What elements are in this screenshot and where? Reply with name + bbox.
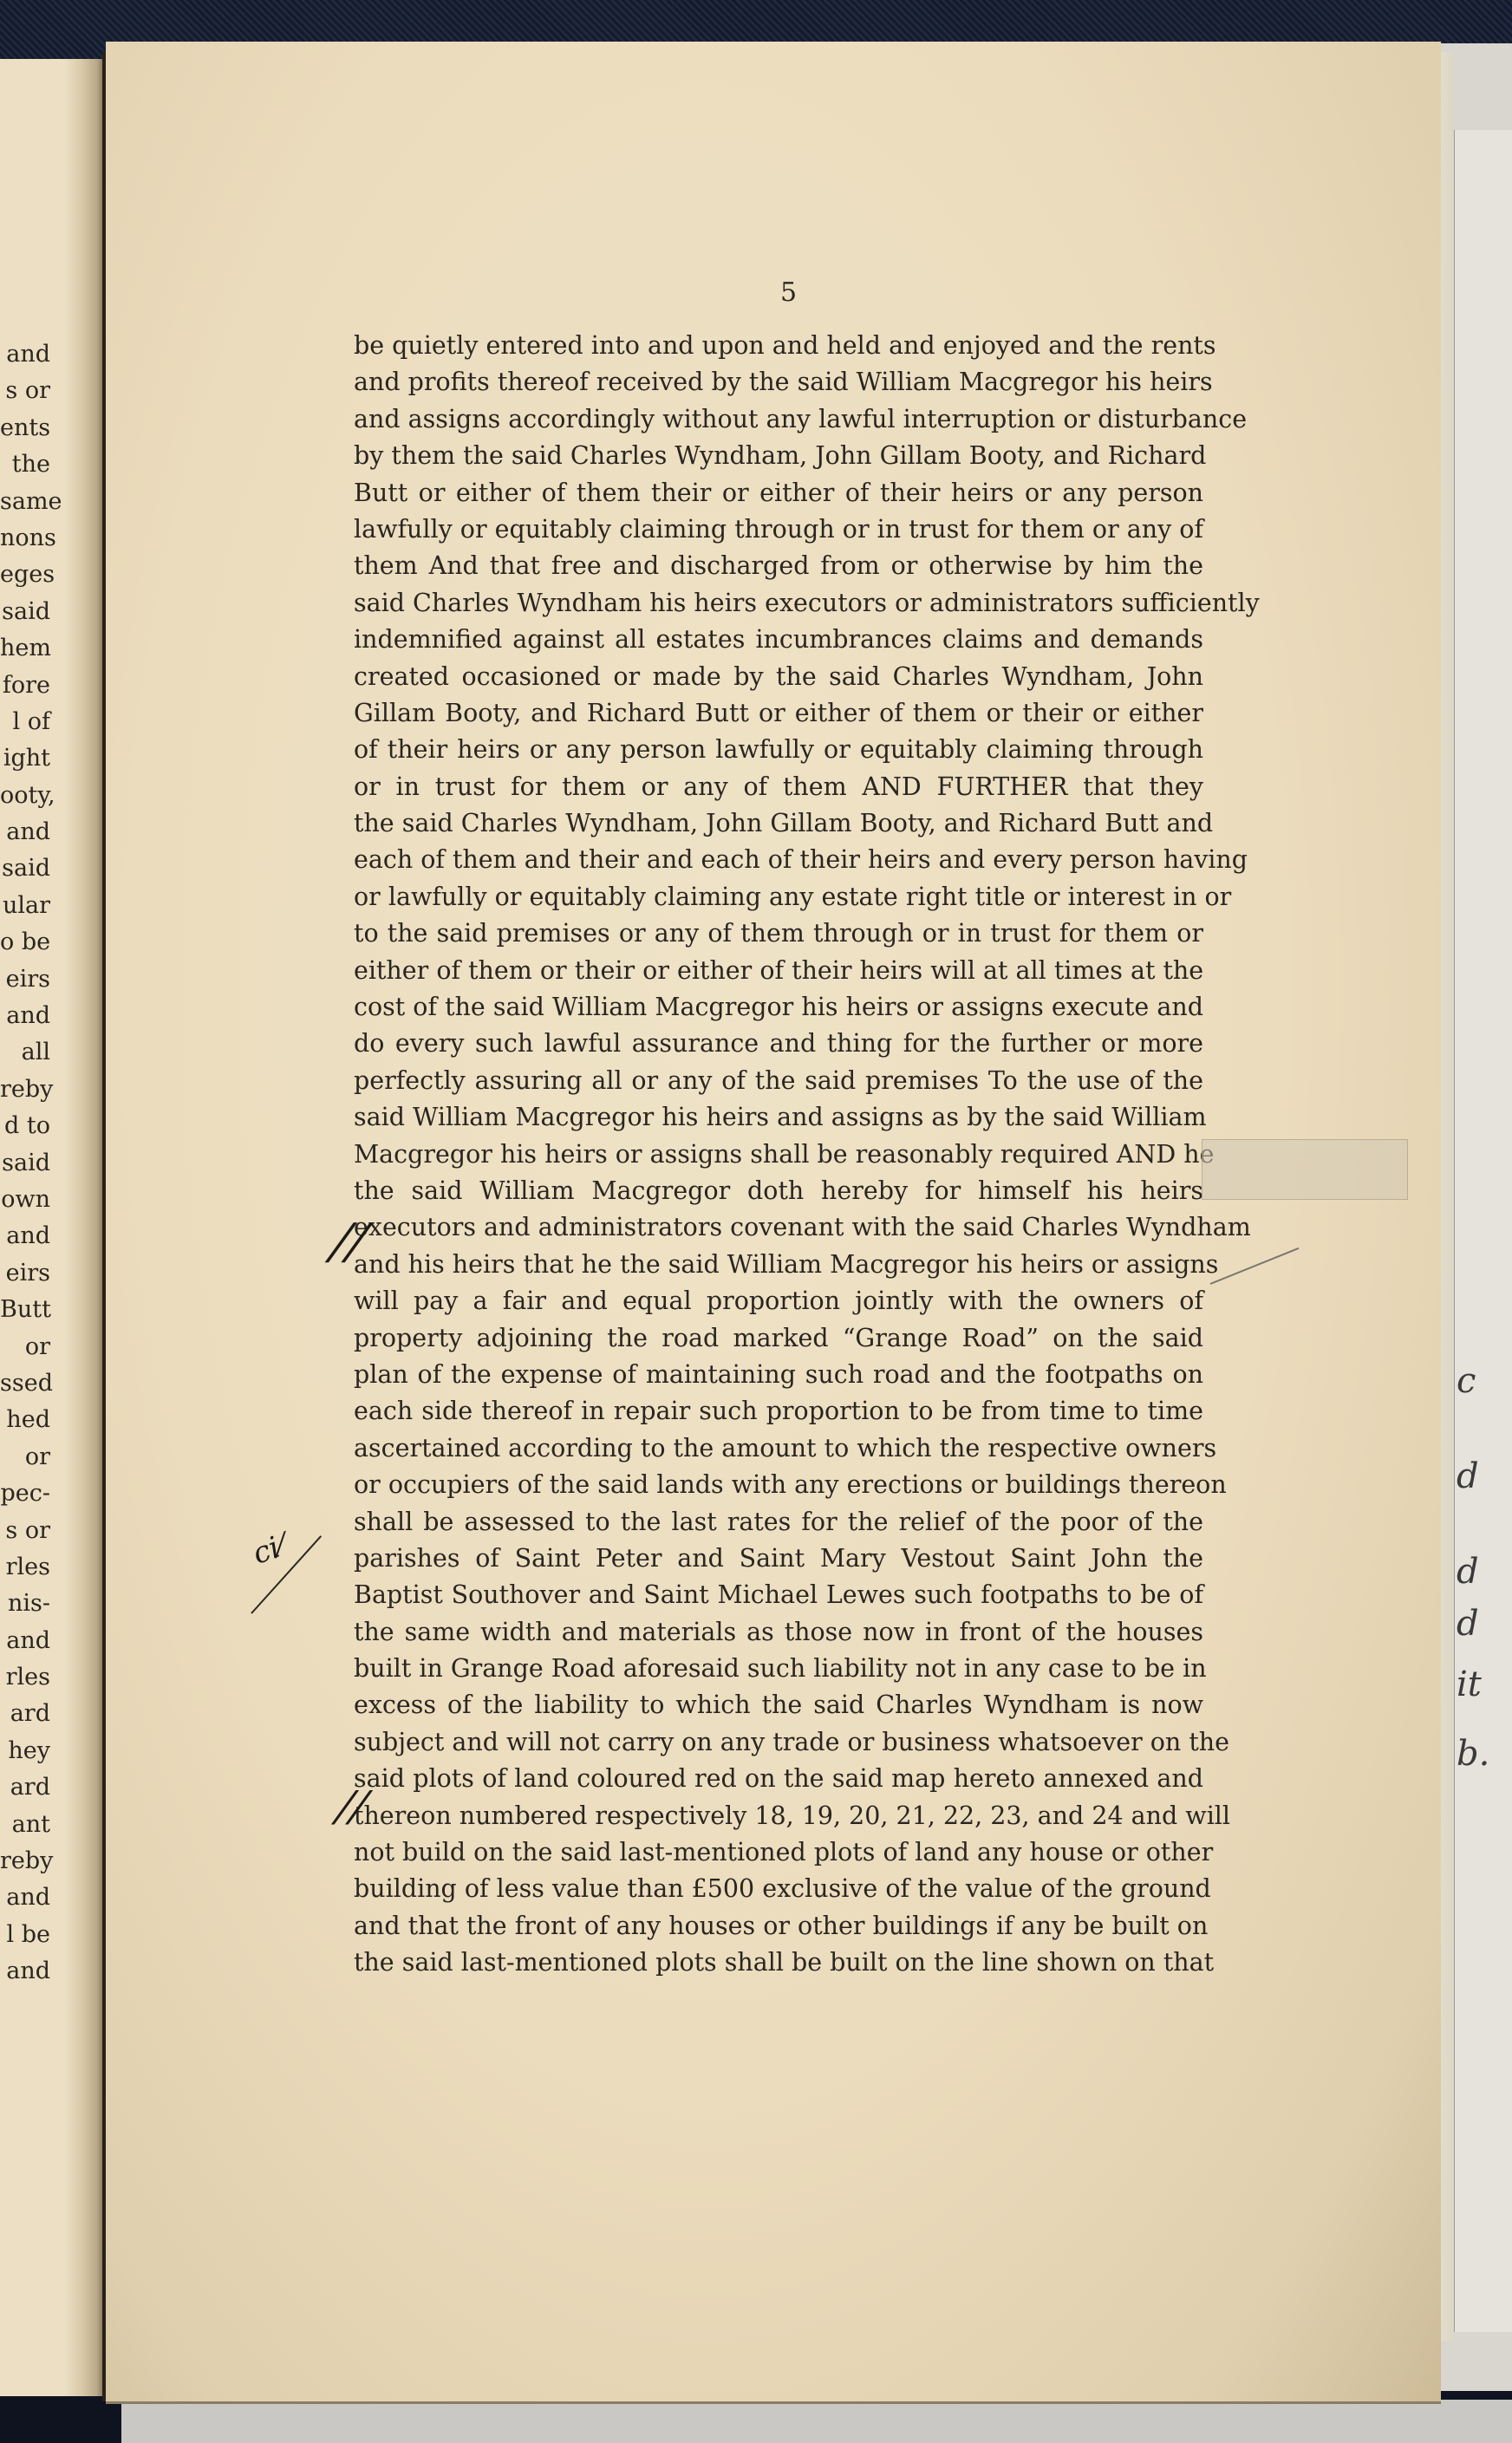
text-line: will pay a fair and equal proportion joi… (354, 1283, 1203, 1319)
left-page-line-fragment: and (0, 336, 50, 373)
left-page-line-fragment: d to (0, 1108, 50, 1144)
left-page-line-fragment: said (0, 850, 50, 887)
text-line: created occasioned or made by the said C… (354, 659, 1203, 695)
underlying-sheet (1453, 130, 1512, 2332)
left-page-line-fragment: ents (0, 410, 50, 446)
text-line: do every such lawful assurance and thing… (354, 1026, 1203, 1062)
text-line: Butt or either of them their or either o… (354, 475, 1203, 511)
text-line: plan of the expense of maintaining such … (354, 1357, 1203, 1393)
left-page-line-fragment: reby (0, 1072, 50, 1108)
left-page-line-fragment: hed (0, 1402, 50, 1438)
text-line: of their heirs or any person lawfully or… (354, 732, 1203, 768)
left-page-line-fragment: and (0, 1879, 50, 1916)
left-page-line-fragment: s or (0, 373, 50, 409)
text-line: said Charles Wyndham his heirs executors… (354, 585, 1203, 622)
text-line: or occupiers of the said lands with any … (354, 1467, 1203, 1503)
text-line: be quietly entered into and upon and hel… (354, 328, 1203, 364)
text-line: and assigns accordingly without any lawf… (354, 401, 1203, 438)
left-page-line-fragment: and (0, 1218, 50, 1254)
left-page-line-fragment: same (0, 484, 50, 520)
left-page-line-fragment: or (0, 1439, 50, 1476)
left-page-line-fragment: o be (0, 924, 50, 961)
handwriting-fragment: it (1457, 1664, 1482, 1704)
text-line: excess of the liability to which the sai… (354, 1687, 1203, 1723)
text-line: each side thereof in repair such proport… (354, 1393, 1203, 1430)
text-line: the said Charles Wyndham, John Gillam Bo… (354, 805, 1203, 842)
text-line: executors and administrators covenant wi… (354, 1209, 1203, 1246)
left-page-line-fragment: l be (0, 1917, 50, 1953)
text-line: built in Grange Road aforesaid such liab… (354, 1651, 1203, 1687)
text-line: and that the front of any houses or othe… (354, 1908, 1203, 1945)
text-line: ascertained according to the amount to w… (354, 1430, 1203, 1467)
left-page-line-fragment: all (0, 1034, 50, 1071)
text-line: the said last-mentioned plots shall be b… (354, 1945, 1203, 1981)
text-line: either of them or their or either of the… (354, 953, 1203, 989)
left-page-line-fragment: rles (0, 1659, 50, 1696)
text-line: said plots of land coloured red on the s… (354, 1761, 1203, 1797)
text-line: cost of the said William Macgregor his h… (354, 989, 1203, 1026)
page-number: 5 (780, 277, 797, 308)
table-surface (121, 2400, 1512, 2443)
text-line: Gillam Booty, and Richard Butt or either… (354, 695, 1203, 732)
left-page-line-fragment: ssed (0, 1365, 50, 1402)
handwriting-fragment: c (1457, 1361, 1476, 1401)
text-line: by them the said Charles Wyndham, John G… (354, 438, 1203, 474)
left-page-line-fragment: ular (0, 888, 50, 924)
left-page-line-fragment: said (0, 594, 50, 630)
left-page-line-fragment: pec- (0, 1476, 50, 1512)
repair-tape (1202, 1139, 1408, 1200)
text-line: or lawfully or equitably claiming any es… (354, 879, 1203, 915)
text-line: and profits thereof received by the said… (354, 364, 1203, 401)
left-page-line-fragment: and (0, 1953, 50, 1990)
left-page-line-fragment: Butt (0, 1292, 50, 1328)
text-line: them And that free and discharged from o… (354, 548, 1203, 584)
left-page-line-fragment: rles (0, 1549, 50, 1586)
text-line: Macgregor his heirs or assigns shall be … (354, 1137, 1203, 1173)
left-page-line-fragment: nons (0, 520, 50, 557)
left-page-line-fragment: ooty, (0, 778, 50, 814)
text-line: perfectly assuring all or any of the sai… (354, 1063, 1203, 1099)
text-line: property adjoining the road marked “Gran… (354, 1320, 1203, 1357)
left-page-line-fragment: eirs (0, 1255, 50, 1292)
text-line: to the said premises or any of them thro… (354, 915, 1203, 952)
left-page-line-fragment: the (0, 446, 50, 483)
text-line: building of less value than £500 exclusi… (354, 1871, 1203, 1907)
text-line: shall be assessed to the last rates for … (354, 1504, 1203, 1541)
text-line: Baptist Southover and Saint Michael Lewe… (354, 1577, 1203, 1613)
text-line: each of them and their and each of their… (354, 842, 1203, 878)
text-line: thereon numbered respectively 18, 19, 20… (354, 1798, 1203, 1834)
handwriting-fragment: d (1457, 1552, 1479, 1592)
left-page-line-fragment: s or (0, 1513, 50, 1549)
left-page-line-fragment: reby (0, 1843, 50, 1879)
left-page-line-fragment: and (0, 814, 50, 850)
handwriting-fragment: d (1457, 1604, 1479, 1644)
left-page-line-fragment: ant (0, 1807, 50, 1843)
text-line: and his heirs that he the said William M… (354, 1247, 1203, 1283)
left-page-line-fragment: fore (0, 668, 50, 704)
left-page-line-fragment: eirs (0, 961, 50, 998)
left-page-line-fragment: and (0, 998, 50, 1034)
left-page-line-fragment: hey (0, 1733, 50, 1769)
left-page-line-fragment: hem (0, 630, 50, 667)
left-page-line-fragment: own (0, 1182, 50, 1218)
left-page-line-fragment: l of (0, 704, 50, 740)
left-page-line-fragment: ard (0, 1696, 50, 1732)
deed-body-text: be quietly entered into and upon and hel… (354, 328, 1203, 1982)
handwriting-fragment: b. (1457, 1734, 1489, 1774)
left-page-line-fragment: said (0, 1145, 50, 1182)
left-page-line-fragment: ard (0, 1769, 50, 1806)
left-page-line-fragment: nis- (0, 1586, 50, 1622)
text-line: not build on the said last-mentioned plo… (354, 1834, 1203, 1871)
left-page-line-fragment: or (0, 1329, 50, 1365)
text-line: lawfully or equitably claiming through o… (354, 511, 1203, 548)
left-page-line-fragment: ight (0, 740, 50, 777)
text-line: parishes of Saint Peter and Saint Mary V… (354, 1541, 1203, 1577)
text-line: subject and will not carry on any trade … (354, 1724, 1203, 1761)
text-line: the same width and materials as those no… (354, 1614, 1203, 1651)
left-page-line-fragment: and (0, 1623, 50, 1659)
text-line: indemnified against all estates incumbra… (354, 622, 1203, 658)
handwriting-fragment: d (1457, 1456, 1479, 1496)
text-line: the said William Macgregor doth hereby f… (354, 1173, 1203, 1209)
left-page-text-fragments: ands orentsthesamenonsegessaidhemforel o… (0, 336, 50, 1990)
text-line: said William Macgregor his heirs and ass… (354, 1099, 1203, 1136)
text-line: or in trust for them or any of them AND … (354, 769, 1203, 805)
left-page-line-fragment: eges (0, 557, 50, 593)
